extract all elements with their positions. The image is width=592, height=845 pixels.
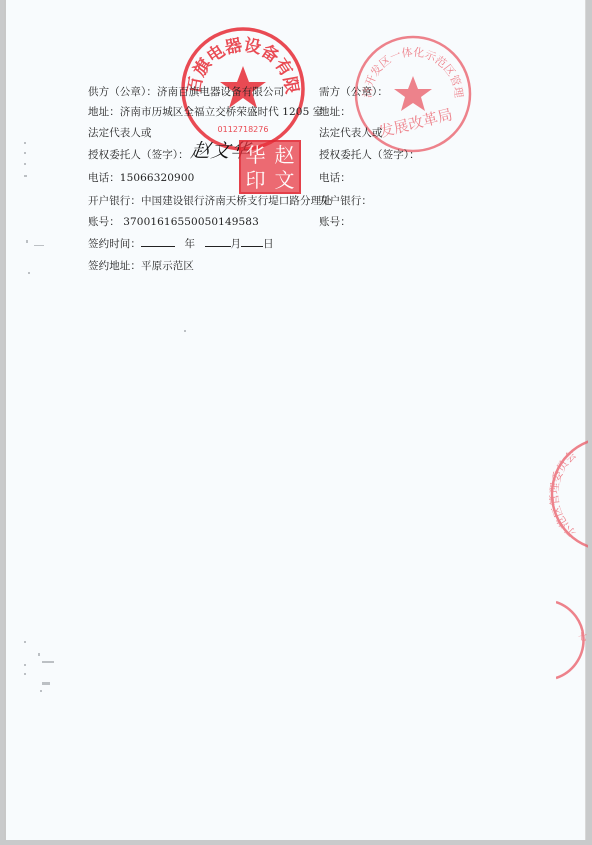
personal-name-seal: 华 赵 印 文: [239, 140, 301, 194]
month-blank: [205, 236, 231, 247]
scan-speck: [28, 272, 30, 274]
buyer-address: 地址：: [319, 104, 351, 119]
supplier-bank: 开户银行：中国建设银行济南天桥支行堤口路分理处: [88, 193, 332, 208]
scan-speck: [38, 653, 40, 656]
buyer-party: 需方（公章）：: [319, 84, 388, 99]
supplier-address: 地址：济南市历城区全福立交桥荣盛时代 1205 室: [88, 104, 323, 119]
svg-text:七: 七: [578, 631, 587, 643]
scan-speck: [24, 152, 26, 154]
scan-speck: [34, 245, 44, 246]
supplier-party: 供方（公章）：济南百旗电器设备有限公司: [88, 84, 284, 99]
scan-speck: [40, 690, 42, 692]
side-partial-seal-arc: 七: [556, 600, 588, 680]
signing-time: 签约时间： 年 月日: [88, 236, 274, 251]
buyer-bank: 开户银行：: [319, 193, 372, 208]
scan-speck: [24, 142, 26, 144]
scan-speck: [42, 682, 50, 685]
scan-speck: [24, 163, 26, 165]
buyer-authorized: 授权委托人（签字）：: [319, 147, 420, 162]
supplier-legal-rep: 法定代表人或: [88, 125, 152, 140]
supplier-authorized: 授权委托人（签字）：: [88, 147, 189, 162]
contract-page: 济南百旗电器设备有限公司 0112718276 平原经济开发区一体化示范区管理委…: [4, 0, 586, 840]
scan-speck: [24, 673, 26, 675]
side-partial-seal: 示范区管理委员会: [546, 432, 588, 557]
scan-speck: [184, 330, 186, 332]
svg-text:发展改革局: 发展改革局: [377, 105, 454, 141]
svg-text:0112718276: 0112718276: [218, 125, 269, 134]
buyer-account: 账号：: [319, 214, 351, 229]
signing-place: 签约地址：平原示范区: [88, 258, 194, 273]
scan-speck: [24, 641, 26, 643]
buyer-legal-rep: 法定代表人或: [319, 125, 383, 140]
year-blank: [141, 236, 175, 247]
svg-text:示范区管理委员会: 示范区管理委员会: [547, 448, 579, 540]
scan-speck: [42, 661, 54, 663]
day-blank: [241, 236, 263, 247]
buyer-phone: 电话：: [319, 170, 351, 185]
supplier-account: 账号： 37001616550050149583: [88, 214, 259, 229]
supplier-phone: 电话：15066320900: [88, 170, 194, 185]
scan-speck: [26, 240, 28, 243]
scan-speck: [24, 664, 26, 666]
scan-speck: [24, 175, 27, 177]
